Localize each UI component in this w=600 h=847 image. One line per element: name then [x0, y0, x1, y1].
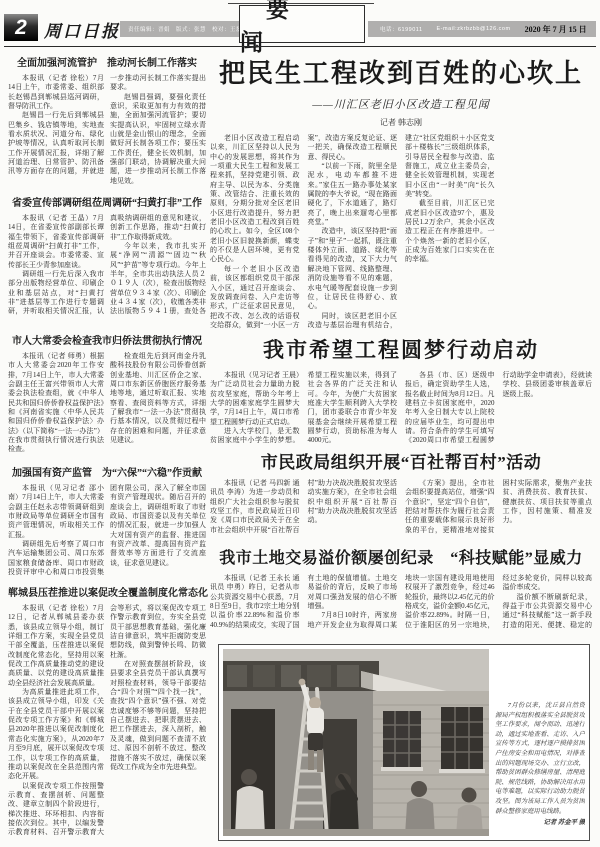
article-body: 本报讯（见习记者 邵小南）7月14日上午，市人大常委会副主任赵永志带领调研组到市…: [8, 484, 206, 580]
page-number: 2: [4, 14, 38, 41]
article-dancheng-reform: 郸城县压茬推进以案促改全覆盖制度化常态化 本报讯（记者 徐松）7月12日，记者从…: [8, 584, 206, 842]
paragraph: 改造中，该区坚持把“面子”和“里子”一起抓，既注重楼体外立面、道路、绿化等看得见…: [308, 227, 398, 311]
paragraph: 本报讯（记者 师勇）根据市人大常委会2020年工作安排，7月14日上午，市人大常…: [8, 352, 104, 455]
caption-text: 7月份以来，沈丘县自然资源局产权组积极落实全县脱贫攻坚工作要求，闻令而动、迅速行…: [495, 701, 585, 816]
photo-caption: 7月份以来，沈丘县自然资源局产权组积极落实全县脱贫攻坚工作要求，闻令而动、迅速行…: [495, 649, 585, 836]
paragraph: 各县（市、区）逐级申报后，确定资助学生人选，报名截止时间为8月12日。凡建档立卡…: [405, 371, 592, 447]
paragraph: 老旧小区改造工程启动以来，川汇区坚持以人民为中心的发展思想，将其作为一项重大民生…: [210, 134, 300, 265]
phone-text: 电话：6199011: [380, 25, 423, 33]
section-title: 要 闻: [240, 0, 364, 57]
article-body: 本报讯（记者 王永长 通讯员 申勇）昨日，记者从市公共资源交易中心获悉，7月8日…: [210, 574, 592, 638]
article-body: 本报讯（记者 马四新 通讯员 李涛）为进一步动员和组织广大社会组织参与脱贫攻坚工…: [210, 479, 592, 543]
article-river-management: 全面加强河流管护 推动河长制工作落实 本报讯（记者 徐松）7月14日上午，市委常…: [8, 54, 206, 188]
editor-credits: 责任编辑：晋娟 版式：张慧 校对：王磊: [128, 25, 242, 33]
section-box: 要 闻: [239, 5, 365, 43]
headline: 我市土地交易溢价额屡创纪录 “科技赋能”显威力: [210, 545, 592, 568]
photo-credit: 记者 苏金平 摄: [495, 818, 585, 828]
paragraph: 在对照查摆剖析阶段，该县要求全县党员干部认真撰写对照检查材料，领导干部要结合“四…: [110, 660, 206, 772]
article-overseas-chinese-law: 市人大常委会检查我市归侨法贯彻执行情况 本报讯（记者 师勇）根据市人大常委会20…: [8, 332, 206, 460]
paragraph: 赵锡昌强调，要强化责任意识，采取更加有力有效的措施，全面加强河流管护；要切实提高…: [110, 93, 206, 186]
article-body: 本报讯（记者 徐松）7月12日，记者从郸城县委办获悉，该县成立领导小组，制订详细…: [8, 604, 206, 842]
article-anti-pornography: 省委宣传部调研组莅周调研“扫黄打非”工作 本报讯（记者 王晶）7月14日，在省委…: [8, 194, 206, 326]
news-photo: [223, 649, 489, 836]
paragraph: 截至目前，川汇区已完成老旧小区改造97个，惠及居民1.2万余户，其余小区改造工程…: [405, 199, 495, 264]
contact-bar: 电话：6199011 E-mail:zkrbzbb@126.com 2020 年…: [368, 21, 596, 37]
paragraph: 《方案》提出，全市社会组织要提高站位，增强“四个意识”，坚定“四个自信”，把结对…: [405, 479, 592, 543]
headline: 市民政局组织开展“百社帮百村”活动: [210, 448, 592, 473]
main-headline: 把民生工程改到百姓的心坎上: [210, 53, 592, 90]
paragraph: 本报讯（记者 徐松）7月14日上午，市委常委、组织部长赵锡昌到郸城县巡河调研，督…: [8, 74, 104, 111]
article-body: 本报讯（记者 徐松）7月14日上午，市委常委、组织部长赵锡昌到郸城县巡河调研，督…: [8, 74, 206, 188]
header-rule: [4, 46, 596, 47]
article-civil-affairs: 市民政局组织开展“百社帮百村”活动 本报讯（记者 马四新 通讯员 李涛）为进一步…: [210, 448, 592, 543]
paragraph: 本报讯（见习记者 王晨）为广泛动员社会力量助力脱贫攻坚家庭，帮助今年考上大学的困…: [210, 371, 300, 427]
article-land-transaction: 我市土地交易溢价额屡创纪录 “科技赋能”显威力 本报讯（记者 王永长 通讯员 申…: [210, 545, 592, 638]
paragraph: 为高质量推进此项工作，该县成立领导小组，印发《关于在全县党员干部中开展以案促改专…: [8, 688, 104, 781]
paragraph: 本报讯（记者 徐松）7月12日，记者从郸城县委办获悉，该县成立领导小组，制订详细…: [8, 604, 104, 688]
headline: 省委宣传部调研组莅周调研“扫黄打非”工作: [8, 194, 206, 209]
article-body: 本报讯（记者 王晶）7月14日，在省委宣传部副部长谭福生带领下，省委宣传部调研组…: [8, 214, 206, 326]
article-body: 本报讯（见习记者 王晨）为广泛动员社会力量助力脱贫攻坚家庭，帮助今年考上大学的困…: [210, 371, 592, 447]
article-body: 本报讯（记者 师勇）根据市人大常委会2020年工作安排，7月14日上午，市人大常…: [8, 352, 206, 460]
paragraph: 本报讯（记者 马四新 通讯员 李涛）为进一步动员和组织广大社会组织参与脱贫攻坚工…: [210, 479, 397, 543]
issue-date: 2020 年 7 月 15 日: [525, 24, 587, 35]
headline: 加强国有资产监管 为“六保”“六稳”作贡献: [8, 464, 206, 479]
headline: 全面加强河流管护 推动河长制工作落实: [8, 54, 206, 69]
masthead: 周口日报: [44, 17, 120, 42]
paragraph: 本报讯（记者 王晶）7月14日，在省委宣传部副部长谭福生带领下，省委宣传部调研组…: [8, 214, 104, 270]
email-text: E-mail:zkrbzbb@126.com: [437, 26, 511, 32]
photo-block: 7月份以来，沈丘县自然资源局产权组积极落实全县脱贫攻坚工作要求，闻令而动、迅速行…: [218, 644, 590, 841]
headline: 郸城县压茬推进以案促改全覆盖制度化常态化: [8, 584, 206, 599]
paragraph: “以前一下雨，院里全是泥水，电动车都推不进来。”家住五一路办事处某家属院的李大爷…: [308, 162, 398, 227]
photo-illustration: [223, 649, 489, 836]
editor-credit-bar: 责任编辑：晋娟 版式：张慧 校对：王磊: [120, 21, 242, 37]
main-byline: 记者 韩志刚: [210, 117, 592, 128]
article-hope-project: 我市希望工程圆梦行动启动 本报讯（见习记者 王晨）为广泛动员社会力量助力脱贫攻坚…: [210, 334, 592, 447]
paragraph: 检查组先后到河南金丹乳酸科技股份有限公司侨眷创新创业基地、川汇区侨企之家、周口市…: [110, 352, 206, 445]
page-number-text: 2: [15, 16, 27, 40]
article-state-assets: 加强国有资产监管 为“六保”“六稳”作贡献 本报讯（见习记者 邵小南）7月14日…: [8, 464, 206, 580]
article-livelihood-renovation: 把民生工程改到百姓的心坎上 ——川汇区老旧小区改造工程见闻 记者 韩志刚 老旧小…: [210, 53, 592, 334]
article-body: 老旧小区改造工程启动以来，川汇区坚持以人民为中心的发展思想，将其作为一项重大民生…: [210, 134, 592, 334]
paragraph: 本报讯（见习记者 邵小南）7月14日上午，市人大常委会副主任赵永志带领调研组到市…: [8, 484, 104, 540]
headline: 市人大常委会检查我市归侨法贯彻执行情况: [8, 332, 206, 347]
newspaper-page: 2 周口日报 责任编辑：晋娟 版式：张慧 校对：王磊 要 闻 电话：619901…: [0, 0, 600, 847]
headline: 我市希望工程圆梦行动启动: [210, 334, 592, 364]
main-subtitle: ——川汇区老旧小区改造工程见闻: [210, 96, 592, 112]
